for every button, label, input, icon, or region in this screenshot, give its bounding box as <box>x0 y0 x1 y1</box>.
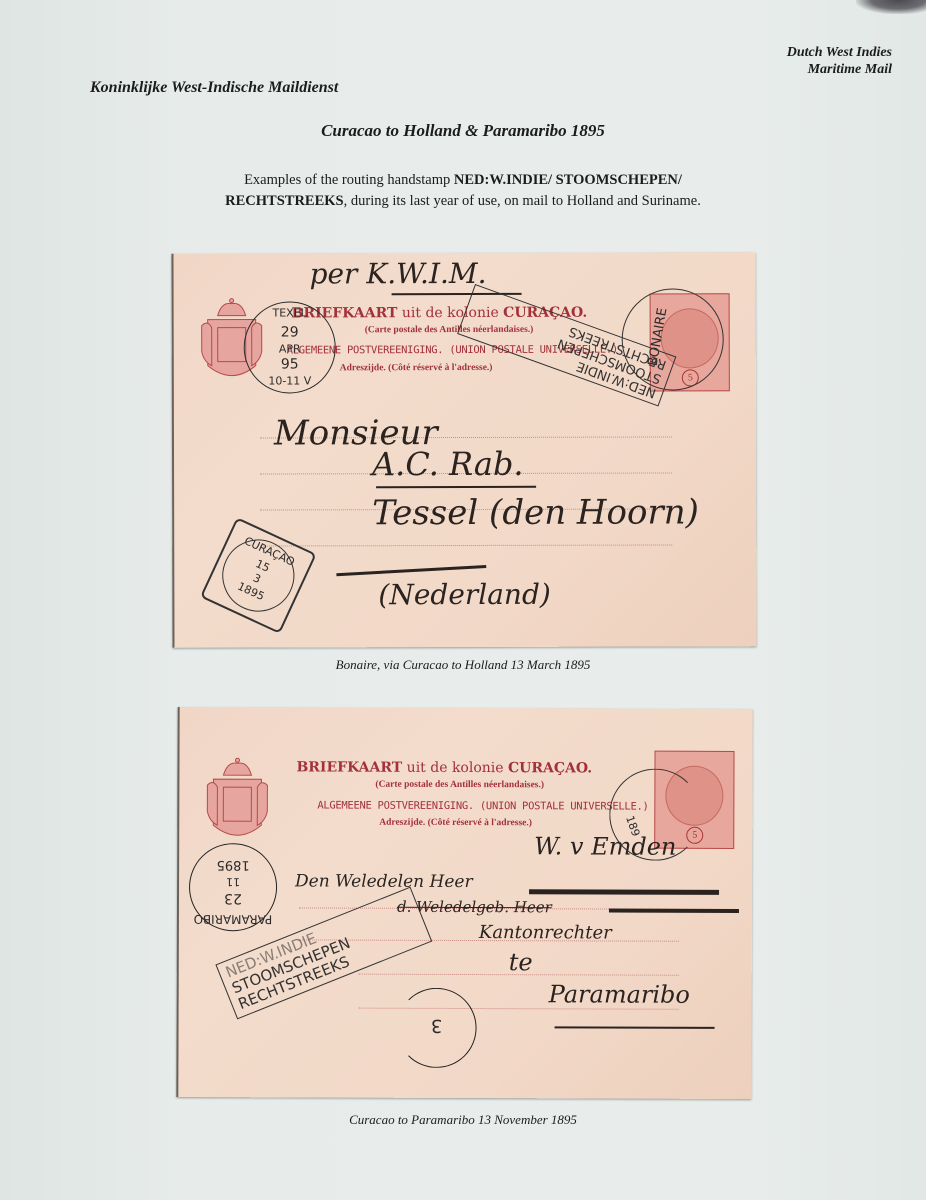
strikethrough <box>609 909 739 913</box>
address-line-2: Den Weledelen Heer <box>295 871 473 892</box>
address-line-3: Tessel (den Hoorn) <box>372 492 699 533</box>
postmark-curacao: CURAÇAO 15 3 1895 <box>200 517 317 634</box>
town-underline <box>555 1026 715 1028</box>
postcard-1: BRIEFKAART uit de kolonie CURAÇAO. (Cart… <box>171 252 756 648</box>
postmark-texel: TEXEL 29 APR 95 10-11 V <box>244 301 336 393</box>
card-subtitle: (Carte postale des Antilles néerlandaise… <box>375 780 544 791</box>
address-line <box>260 544 672 546</box>
town-underline <box>336 565 486 576</box>
postmark-curacao-partial: 189 <box>609 769 701 861</box>
series-line-2: Maritime Mail <box>787 61 892 78</box>
strikethrough <box>529 889 719 895</box>
coat-of-arms-icon <box>205 755 269 845</box>
card-title: BRIEFKAART uit de kolonie CURAÇAO. <box>296 759 592 776</box>
intro-handstamp-2: RECHTSTREEKS <box>225 193 343 209</box>
series-title: Dutch West Indies Maritime Mail <box>787 44 892 78</box>
postmark-numeral: 3 <box>396 988 476 1068</box>
caption-card-1: Bonaire, via Curacao to Holland 13 March… <box>0 657 926 673</box>
address-line-6: Paramaribo <box>549 980 690 1008</box>
card-address-side: Adreszijde. (Côté réservé à l'adresse.) <box>340 363 493 373</box>
routing-note: per K.W.I.M. <box>309 257 486 290</box>
intro-pre: Examples of the routing handstamp <box>244 172 454 188</box>
intro-text: Examples of the routing handstamp NED:W.… <box>0 170 926 212</box>
address-line-2: A.C. Rab. <box>372 445 524 483</box>
postcard-2: BRIEFKAART uit de kolonie CURAÇAO. (Cart… <box>176 707 752 1099</box>
card-upu-line: ALGEMEENE POSTVEREENIGING. (UNION POSTAL… <box>317 799 648 812</box>
address-line-4: Kantonrechter <box>479 922 612 943</box>
intro-post: , during its last year of use, on mail t… <box>344 193 701 209</box>
caption-card-2: Curacao to Paramaribo 13 November 1895 <box>0 1112 926 1128</box>
card-address-side: Adreszijde. (Côté réservé à l'adresse.) <box>379 818 532 829</box>
postmark-paramaribo: PARAMARIBO 23 11 1895 <box>189 843 277 931</box>
name-underline <box>376 486 536 488</box>
address-line-4: (Nederland) <box>378 578 550 611</box>
section-title: Koninklijke West-Indische Maildienst <box>90 79 338 97</box>
corner-mark <box>856 0 926 14</box>
address-line-5: te <box>509 948 533 976</box>
intro-handstamp-1: NED:W.INDIE/ STOOMSCHEPEN/ <box>454 172 682 188</box>
series-line-1: Dutch West Indies <box>787 44 892 61</box>
page-title: Curacao to Holland & Paramaribo 1895 <box>0 121 926 141</box>
